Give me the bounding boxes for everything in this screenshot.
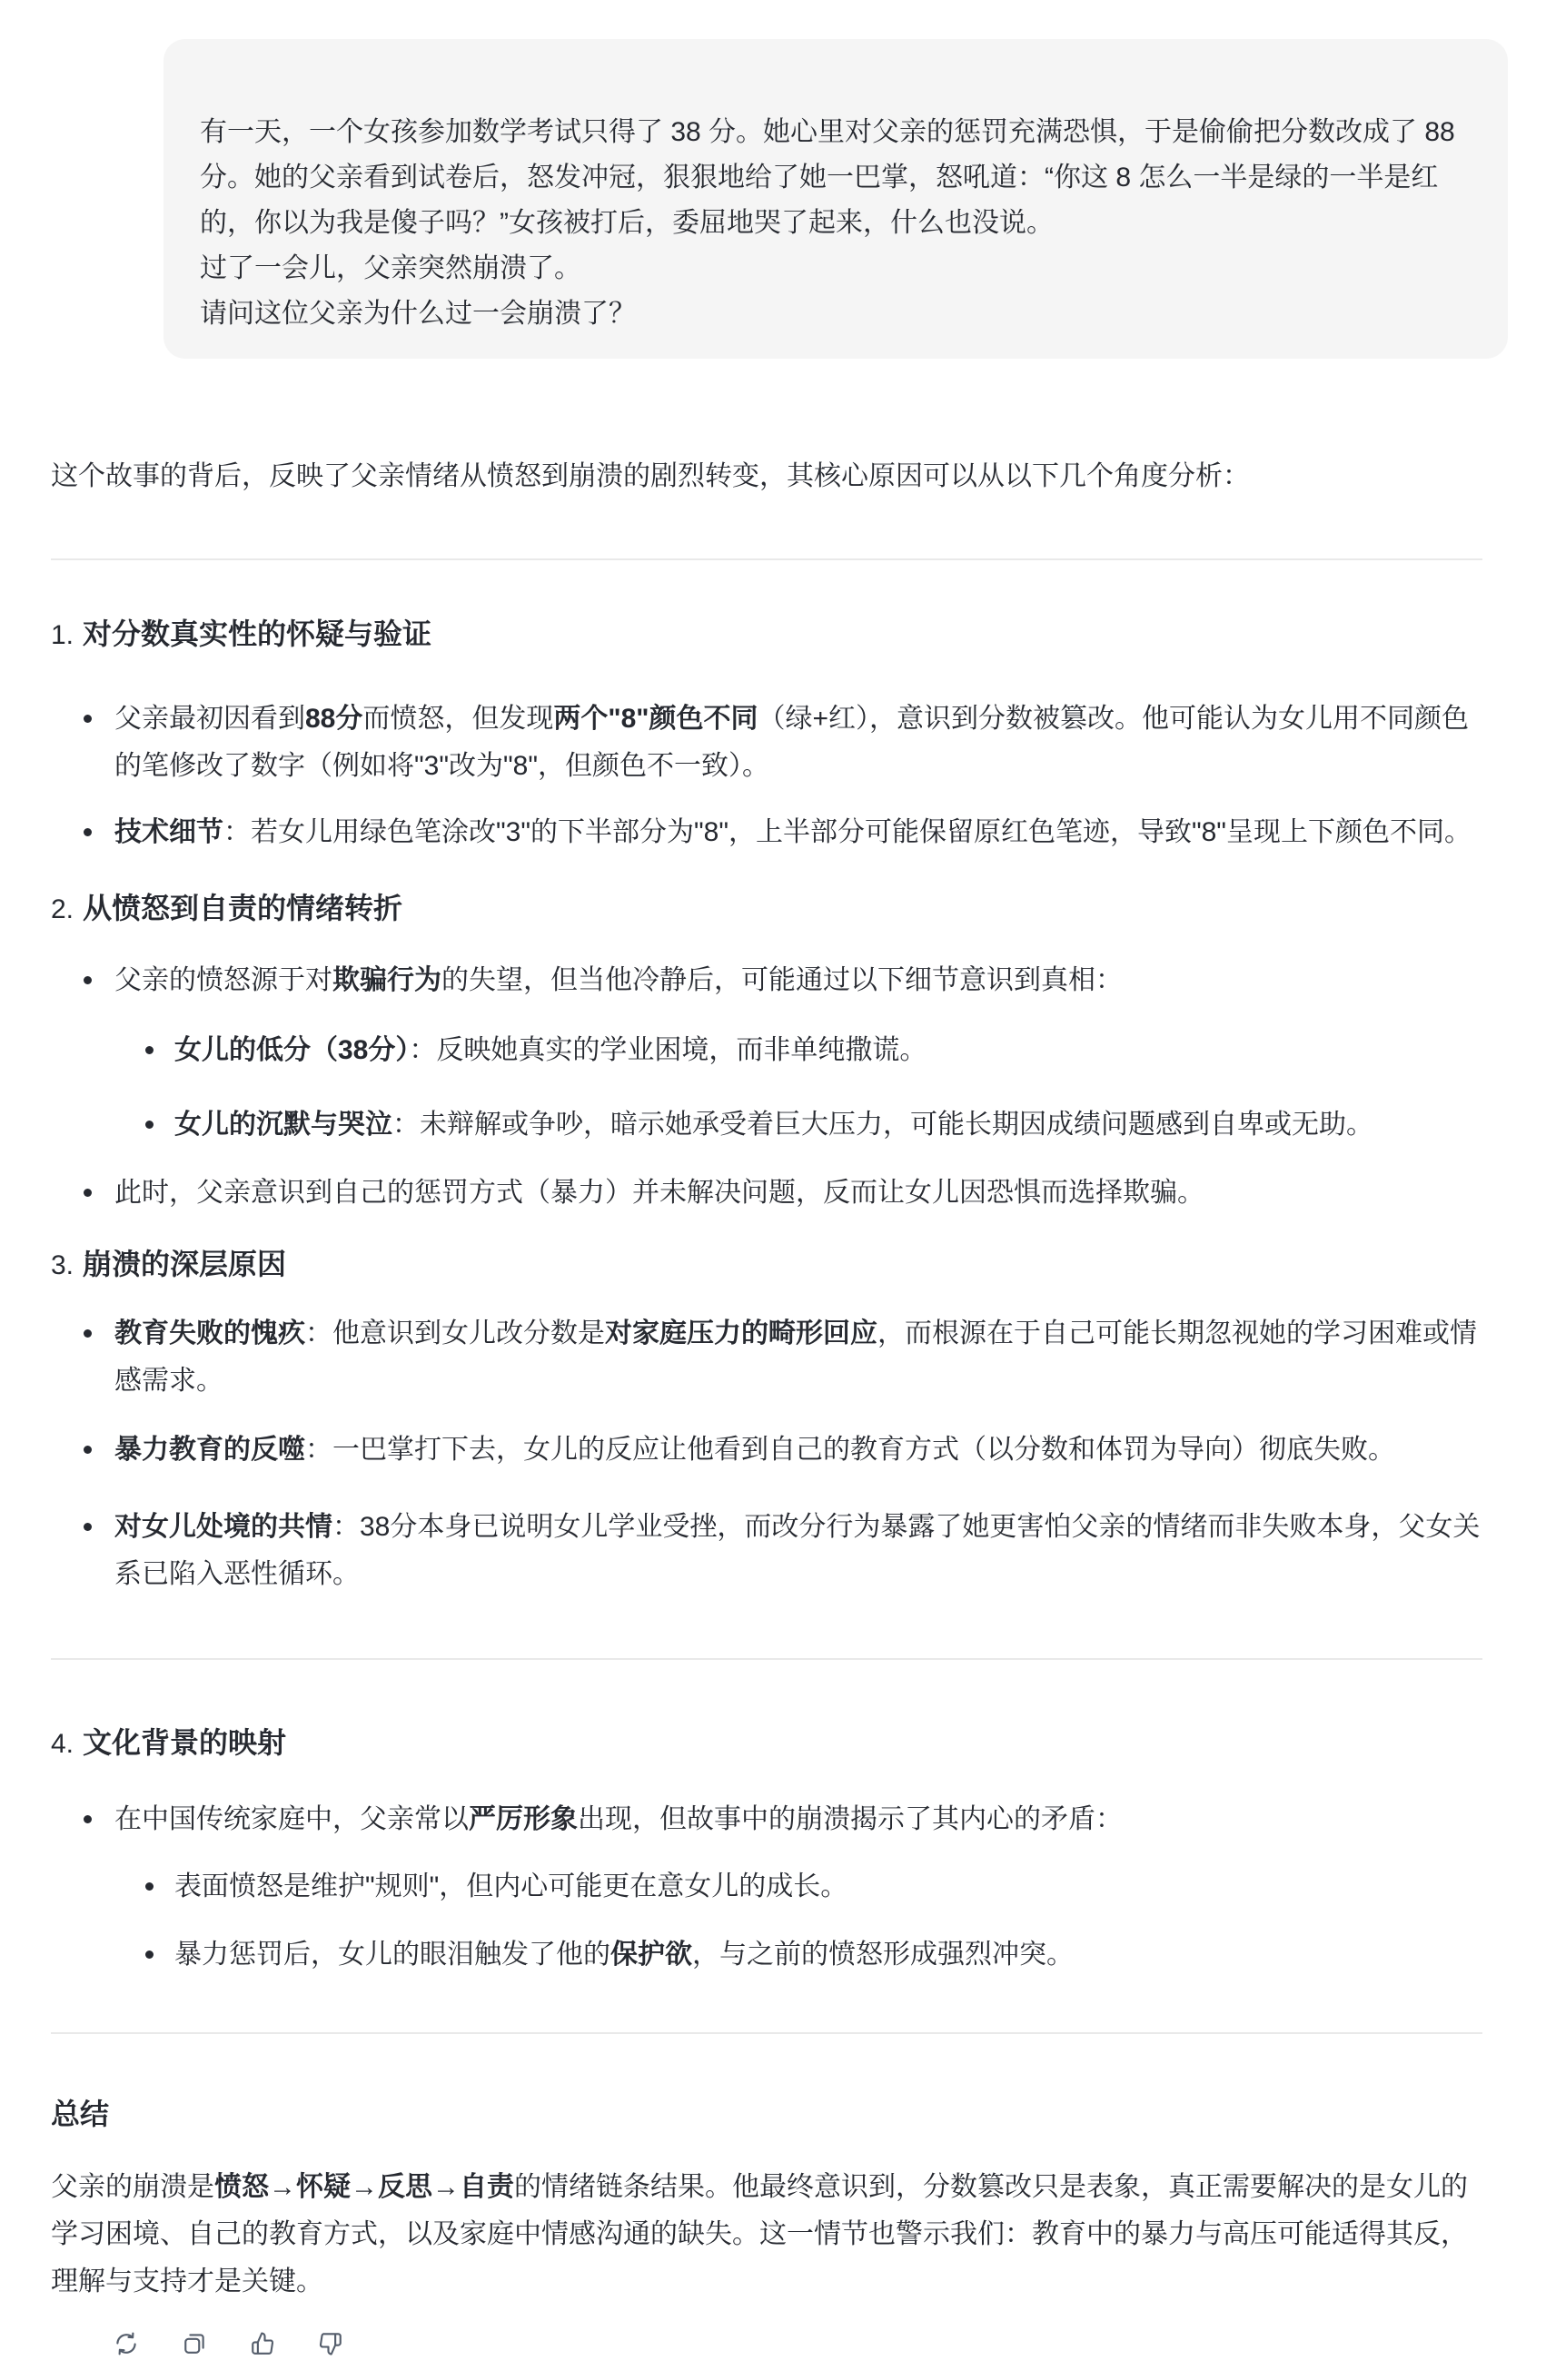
copy-icon (181, 2330, 208, 2357)
list-item-text: 父亲的愤怒源于对欺骗行为的失望，但当他冷静后，可能通过以下细节意识到真相： (114, 965, 1123, 995)
summary-heading: 总结 (51, 2094, 1482, 2134)
section-4-heading: 文化背景的映射 (83, 1726, 286, 1759)
user-message-text: 有一天，一个女孩参加数学考试只得了 38 分。她心里对父亲的惩罚充满恐惧，于是偷… (200, 117, 1455, 329)
user-message-row: 有一天，一个女孩参加数学考试只得了 38 分。她心里对父亲的惩罚充满恐惧，于是偷… (0, 39, 1546, 359)
section-4-title: 4.文化背景的映射 (51, 1723, 1482, 1764)
thumbs-down-icon (317, 2330, 344, 2357)
section-3-heading: 崩溃的深层原因 (83, 1248, 286, 1280)
list-item: 父亲最初因看到88分而愤怒，但发现两个"8"颜色不同（绿+红），意识到分数被篡改… (51, 696, 1482, 790)
user-message-bubble: 有一天，一个女孩参加数学考试只得了 38 分。她心里对父亲的惩罚充满恐惧，于是偷… (164, 39, 1508, 359)
section-1-title: 1.对分数真实性的怀疑与验证 (51, 614, 1482, 656)
list-item-text: 此时，父亲意识到自己的惩罚方式（暴力）并未解决问题，反而让女儿因恐惧而选择欺骗。 (114, 1178, 1204, 1208)
list-item-text: 暴力教育的反噬：一巴掌打下去，女儿的反应让他看到自己的教育方式（以分数和体罚为导… (114, 1435, 1395, 1465)
section-3-number: 3. (51, 1250, 74, 1280)
regenerate-icon (113, 2330, 140, 2357)
list-item: 在中国传统家庭中，父亲常以严厉形象出现，但故事中的崩溃揭示了其内心的矛盾： (51, 1796, 1482, 1843)
section-2-title: 2.从愤怒到自责的情绪转折 (51, 888, 1482, 930)
list-item-text: 对女儿处境的共情：38分本身已说明女儿学业受挫，而改分行为暴露了她更害怕父亲的情… (114, 1512, 1480, 1589)
regenerate-button[interactable] (113, 2330, 140, 2357)
list-item: 暴力教育的反噬：一巴掌打下去，女儿的反应让他看到自己的教育方式（以分数和体罚为导… (51, 1427, 1482, 1474)
nested-list-item: 表面愤怒是维护"规则"，但内心可能更在意女儿的成长。 (51, 1863, 1482, 1911)
section-2-heading: 从愤怒到自责的情绪转折 (83, 892, 402, 924)
section-1-number: 1. (51, 620, 74, 650)
section-1-heading: 对分数真实性的怀疑与验证 (83, 617, 431, 650)
divider (51, 2032, 1482, 2034)
message-toolbar (113, 2330, 1482, 2357)
list-item-text: 暴力惩罚后，女儿的眼泪触发了他的保护欲，与之前的愤怒形成强烈冲突。 (174, 1940, 1074, 1970)
nested-list-item: 女儿的低分（38分）：反映她真实的学业困境，而非单纯撒谎。 (51, 1027, 1482, 1074)
nested-list-item: 女儿的沉默与哭泣：未辩解或争吵，暗示她承受着巨大压力，可能长期因成绩问题感到自卑… (51, 1101, 1482, 1149)
list-item-text: 父亲最初因看到88分而愤怒，但发现两个"8"颜色不同（绿+红），意识到分数被篡改… (114, 704, 1469, 781)
list-item: 技术细节：若女儿用绿色笔涂改"3"的下半部分为"8"，上半部分可能保留原红色笔迹… (51, 809, 1482, 856)
thumbs-up-icon (249, 2330, 276, 2357)
list-item: 教育失败的愧疚：他意识到女儿改分数是对家庭压力的畸形回应，而根源在于自己可能长期… (51, 1310, 1482, 1405)
nested-list-item: 暴力惩罚后，女儿的眼泪触发了他的保护欲，与之前的愤怒形成强烈冲突。 (51, 1931, 1482, 1979)
assistant-response: 这个故事的背后，反映了父亲情绪从愤怒到崩溃的剧烈转变，其核心原因可以从以下几个角… (0, 453, 1546, 2357)
chat-page: 有一天，一个女孩参加数学考试只得了 38 分。她心里对父亲的惩罚充满恐惧，于是偷… (0, 39, 1546, 2357)
thumbs-up-button[interactable] (249, 2330, 276, 2357)
section-2-number: 2. (51, 894, 74, 924)
summary-paragraph: 父亲的崩溃是愤怒→怀疑→反思→自责的情绪链条结果。他最终意识到，分数篡改只是表象… (51, 2164, 1482, 2306)
list-item-text: 女儿的沉默与哭泣：未辩解或争吵，暗示她承受着巨大压力，可能长期因成绩问题感到自卑… (174, 1110, 1373, 1140)
list-item: 对女儿处境的共情：38分本身已说明女儿学业受挫，而改分行为暴露了她更害怕父亲的情… (51, 1504, 1482, 1598)
list-item-text: 在中国传统家庭中，父亲常以严厉形象出现，但故事中的崩溃揭示了其内心的矛盾： (114, 1804, 1123, 1834)
thumbs-down-button[interactable] (317, 2330, 344, 2357)
section-3-title: 3.崩溃的深层原因 (51, 1244, 1482, 1286)
list-item-text: 教育失败的愧疚：他意识到女儿改分数是对家庭压力的畸形回应，而根源在于自己可能长期… (114, 1318, 1477, 1396)
list-item-text: 女儿的低分（38分）：反映她真实的学业困境，而非单纯撒谎。 (174, 1035, 927, 1065)
list-item-text: 技术细节：若女儿用绿色笔涂改"3"的下半部分为"8"，上半部分可能保留原红色笔迹… (114, 817, 1472, 847)
list-item: 此时，父亲意识到自己的惩罚方式（暴力）并未解决问题，反而让女儿因恐惧而选择欺骗。 (51, 1170, 1482, 1217)
list-item: 父亲的愤怒源于对欺骗行为的失望，但当他冷静后，可能通过以下细节意识到真相： (51, 957, 1482, 1004)
divider (51, 1658, 1482, 1660)
copy-button[interactable] (181, 2330, 208, 2357)
divider (51, 558, 1482, 560)
intro-paragraph: 这个故事的背后，反映了父亲情绪从愤怒到崩溃的剧烈转变，其核心原因可以从以下几个角… (51, 453, 1482, 500)
list-item-text: 表面愤怒是维护"规则"，但内心可能更在意女儿的成长。 (174, 1871, 847, 1901)
section-4-number: 4. (51, 1729, 74, 1759)
